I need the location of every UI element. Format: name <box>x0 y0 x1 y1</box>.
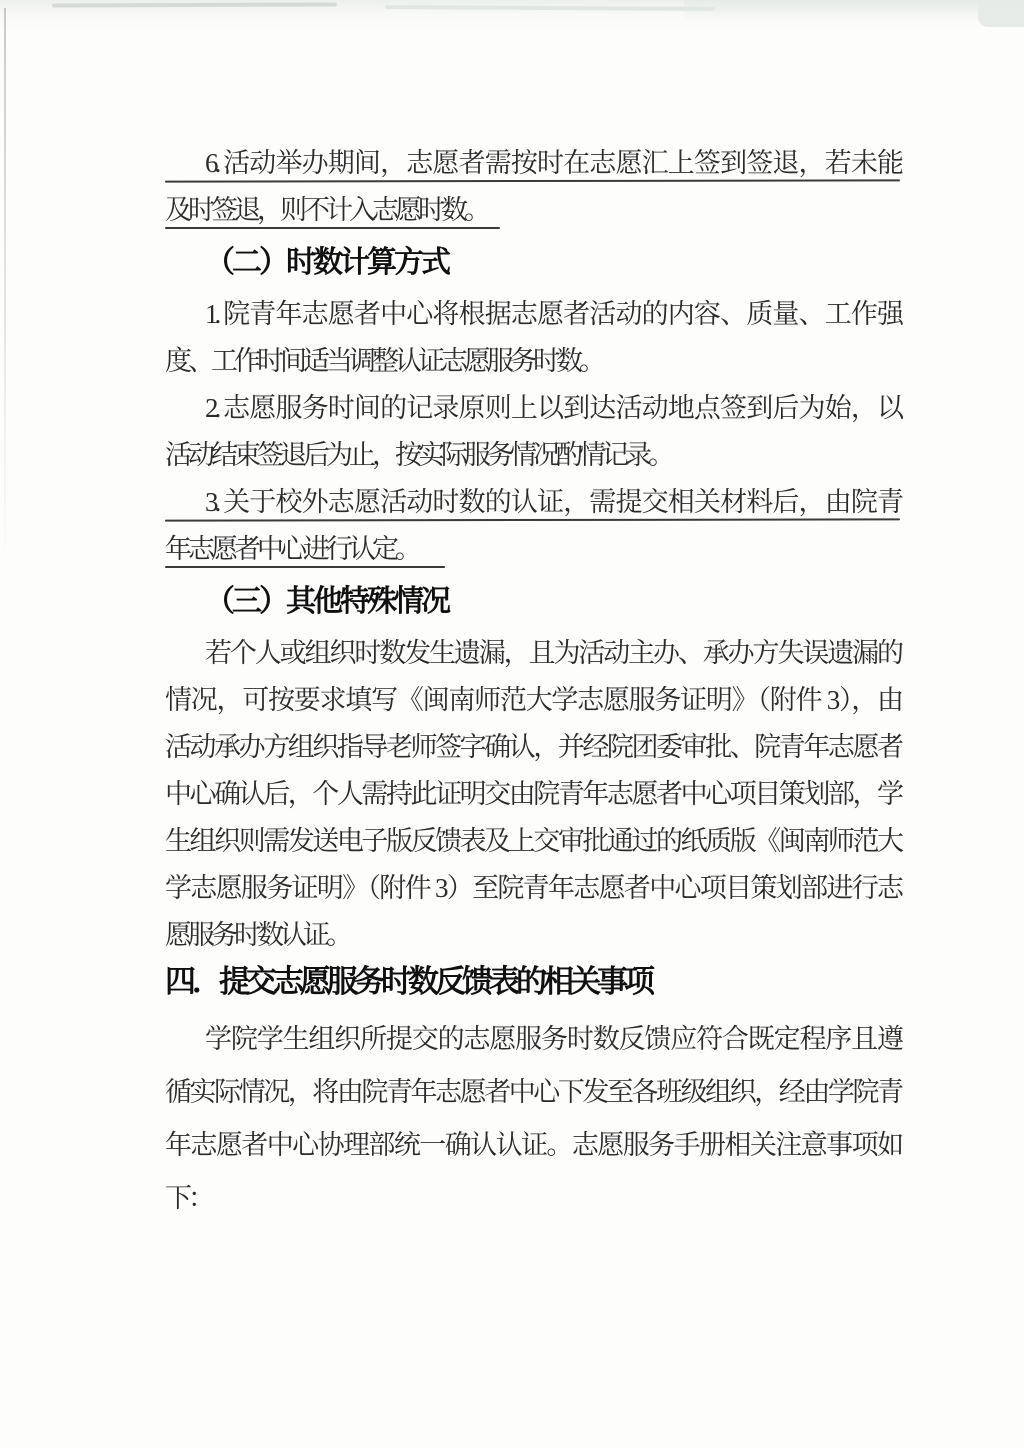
scanned-document-page: { "colors": { "page_background": "#fdfdf… <box>0 0 1024 1448</box>
underlined-clause-line: 及时签退，则不计入志愿时数。 <box>165 187 900 234</box>
doc-line: 下： <box>165 1172 900 1225</box>
doc-line: 若个人或组织时数发生遗漏，且为活动主办、承办方失误遗漏的 <box>165 630 900 677</box>
document-body: 6. 活动举办期间，志愿者需按时在志愿汇上签到签退，若未能 及时签退，则不计入志… <box>165 140 900 1225</box>
doc-line: 情况，可按要求填写《闽南师范大学志愿服务证明》（附件 3），由 <box>165 677 900 724</box>
chapter-heading-feedback-form-matters: 四．提交志愿服务时数反馈表的相关事项 <box>165 959 900 1013</box>
doc-line: 愿服务时数认证。 <box>165 912 900 959</box>
section-heading-other-special-cases: （三）其他特殊情况 <box>165 573 900 630</box>
doc-line: 1. 院青年志愿者中心将根据志愿者活动的内容、质量、工作强 <box>165 291 900 338</box>
doc-line: 中心确认后，个人需持此证明交由院青年志愿者中心项目策划部，学 <box>165 771 900 818</box>
section-heading-hours-calculation: （二）时数计算方式 <box>165 234 900 291</box>
scan-corner-smudge <box>978 0 1024 27</box>
doc-line: 生组织则需发送电子版反馈表及上交审批通过的纸质版《闽南师范大 <box>165 818 900 865</box>
doc-line: 2. 志愿服务时间的记录原则上以到达活动地点签到后为始，以 <box>165 385 900 432</box>
scan-top-right-band <box>684 0 984 22</box>
doc-line: 度、工作时间适当调整认证志愿服务时数。 <box>165 338 900 385</box>
doc-line: 循实际情况，将由院青年志愿者中心下发至各班级组织，经由学院青 <box>165 1066 900 1119</box>
underlined-clause-line: 年志愿者中心进行认定。 <box>165 526 900 573</box>
doc-line: 活动结束签退后为止，按实际服务情况酌情记录。 <box>165 432 900 479</box>
doc-line: 学院学生组织所提交的志愿服务时数反馈应符合既定程序且遵 <box>165 1013 900 1066</box>
scan-left-edge-line <box>4 8 6 568</box>
doc-line: 年志愿者中心协理部统一确认认证。志愿服务手册相关注意事项如 <box>165 1119 900 1172</box>
underlined-clause-line: 6. 活动举办期间，志愿者需按时在志愿汇上签到签退，若未能 <box>165 140 900 187</box>
doc-line: 学志愿服务证明》（附件 3）至院青年志愿者中心项目策划部进行志 <box>165 865 900 912</box>
underlined-clause-line: 3. 关于校外志愿活动时数的认证，需提交相关材料后，由院青 <box>165 479 900 526</box>
doc-line: 活动承办方组织指导老师签字确认，并经院团委审批、院青年志愿者 <box>165 724 900 771</box>
